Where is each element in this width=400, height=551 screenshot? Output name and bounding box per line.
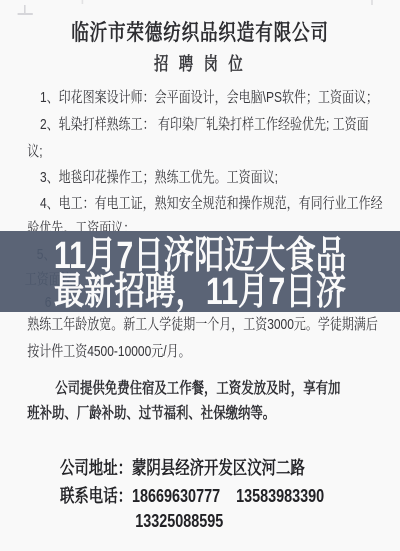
position-line-4: 4、电工：有电工证，熟知安全规范和操作规范，有同行业工作经 xyxy=(40,196,383,212)
company-address: 公司地址：蒙阴县经济开发区汶河二路 xyxy=(60,459,305,478)
position-line-3: 3、地毯印花操作工；熟练工优先。工资面议; xyxy=(40,170,278,186)
banner-headline-line-2: 最新招聘，11月7日济 xyxy=(0,273,400,311)
position-line-1: 1、印花图案设计师：会平面设计，会电脑\PS软件；工资面议； xyxy=(40,90,378,106)
position-line-2-cont: 议; xyxy=(27,144,42,160)
benefit-line-2: 班补助、厂龄补助、过节福利、社保缴纳等。 xyxy=(27,406,275,423)
position-line-2: 2、轧染打样熟练工： 有印染厂轧染打样工作经验优先; 工资面 xyxy=(40,117,369,133)
scan-artifact xyxy=(82,0,84,4)
scan-artifact xyxy=(18,13,33,15)
section-title: 招 聘 岗 位 xyxy=(0,50,400,76)
scan-artifact xyxy=(371,0,373,5)
news-banner-overlay: 5、 工资面议。 6 11月7日济阳迈大食品 最新招聘，11月7日济 xyxy=(0,231,400,312)
company-title: 临沂市荣德纺织品织造有限公司 xyxy=(0,16,400,47)
contact-phone-extra: 13325088595 xyxy=(135,512,223,531)
wage-line-2: 按计件工资4500-10000元/月。 xyxy=(27,344,190,360)
contact-phones: 联系电话：18669630777 13583983390 xyxy=(60,487,324,506)
wage-line-1: 熟练工年龄放宽。新工人学徒期一个月，工资3000元。学徒期满后 xyxy=(27,317,378,333)
scan-canvas: 临沂市荣德纺织品织造有限公司 招 聘 岗 位 1、印花图案设计师：会平面设计，会… xyxy=(0,0,400,551)
recruitment-poster: 临沂市荣德纺织品织造有限公司 招 聘 岗 位 1、印花图案设计师：会平面设计，会… xyxy=(0,0,400,551)
benefit-line-1: 公司提供免费住宿及工作餐，工资发放及时，享有加 xyxy=(55,381,340,398)
banner-headline-line-1: 11月7日济阳迈大食品 xyxy=(0,237,400,275)
